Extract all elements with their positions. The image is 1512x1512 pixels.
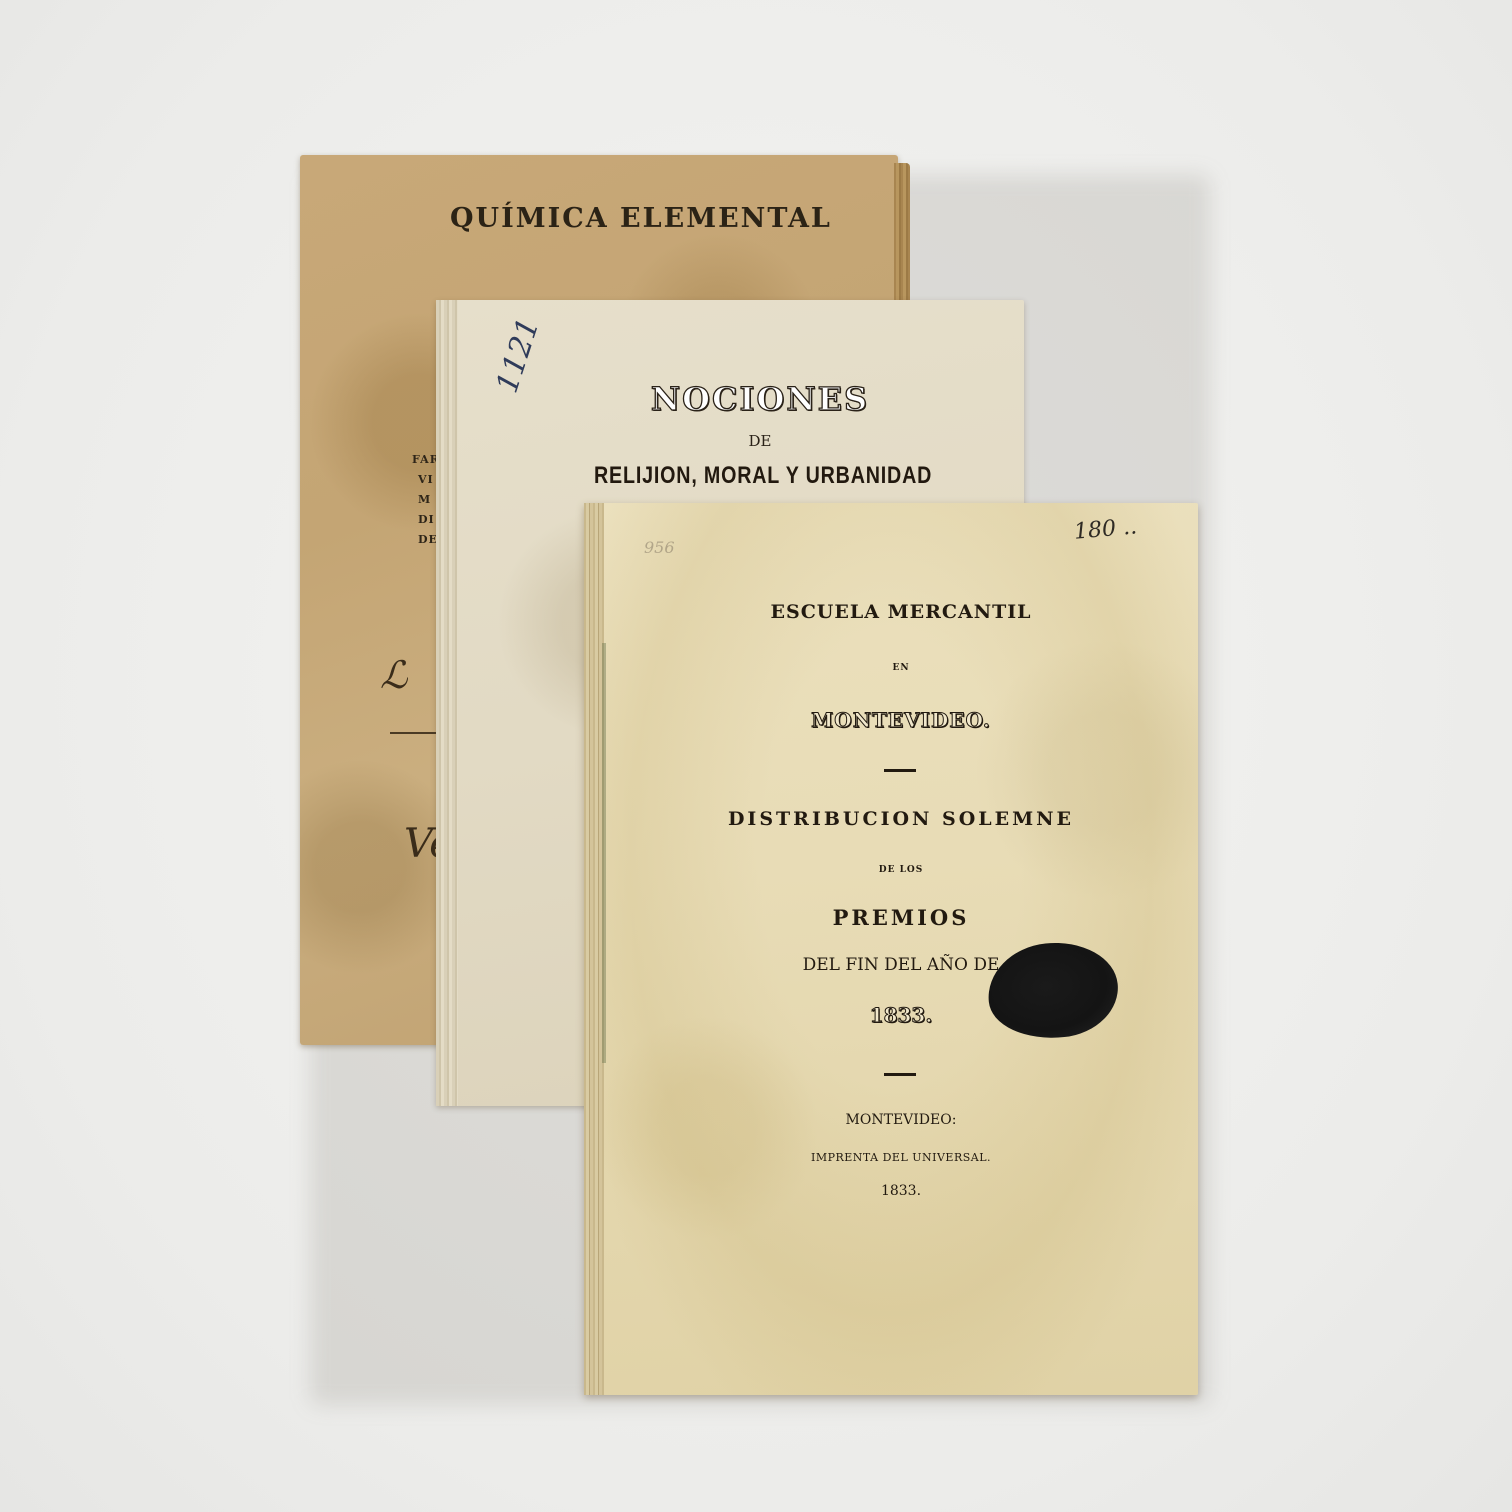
book-title: NOCIONES	[436, 380, 1024, 418]
subtitle-fragment: VI	[418, 473, 434, 486]
book-spine-edge	[584, 503, 604, 1395]
handwritten-number: 180 ..	[1073, 514, 1138, 544]
title-line: EN	[604, 663, 1198, 673]
binding-thread	[602, 643, 606, 1063]
title-line: ESCUELA MERCANTIL	[604, 601, 1198, 623]
page-edges	[436, 300, 458, 1106]
imprint-year: 1833.	[604, 1183, 1198, 1199]
book-title-connector: DE	[436, 432, 1024, 450]
book-title: QUÍMICA ELEMENTAL	[450, 203, 832, 234]
imprint-city: MONTEVIDEO:	[604, 1112, 1198, 1128]
book-subtitle: RELIJION, MORAL Y URBANIDAD	[497, 462, 979, 490]
title-line: PREMIOS	[604, 905, 1198, 930]
ink-blot	[983, 936, 1122, 1044]
title-line: DE LOS	[604, 865, 1198, 875]
subtitle-fragment: DE	[418, 533, 438, 546]
subtitle-fragment: DI	[418, 513, 435, 526]
divider-rule	[884, 1073, 916, 1076]
faint-handwriting: 956	[644, 538, 675, 557]
subtitle-fragment: M	[418, 493, 431, 506]
title-line: DISTRIBUCION SOLEMNE	[604, 808, 1198, 830]
book-escuela-mercantil: 180 .. 956 ESCUELA MERCANTIL EN MONTEVID…	[584, 503, 1198, 1395]
imprint-printer: IMPRENTA DEL UNIVERSAL.	[604, 1151, 1198, 1164]
divider-rule	[884, 769, 916, 772]
handwritten-signature: ℒ	[380, 653, 407, 697]
title-line: MONTEVIDEO.	[604, 708, 1198, 732]
